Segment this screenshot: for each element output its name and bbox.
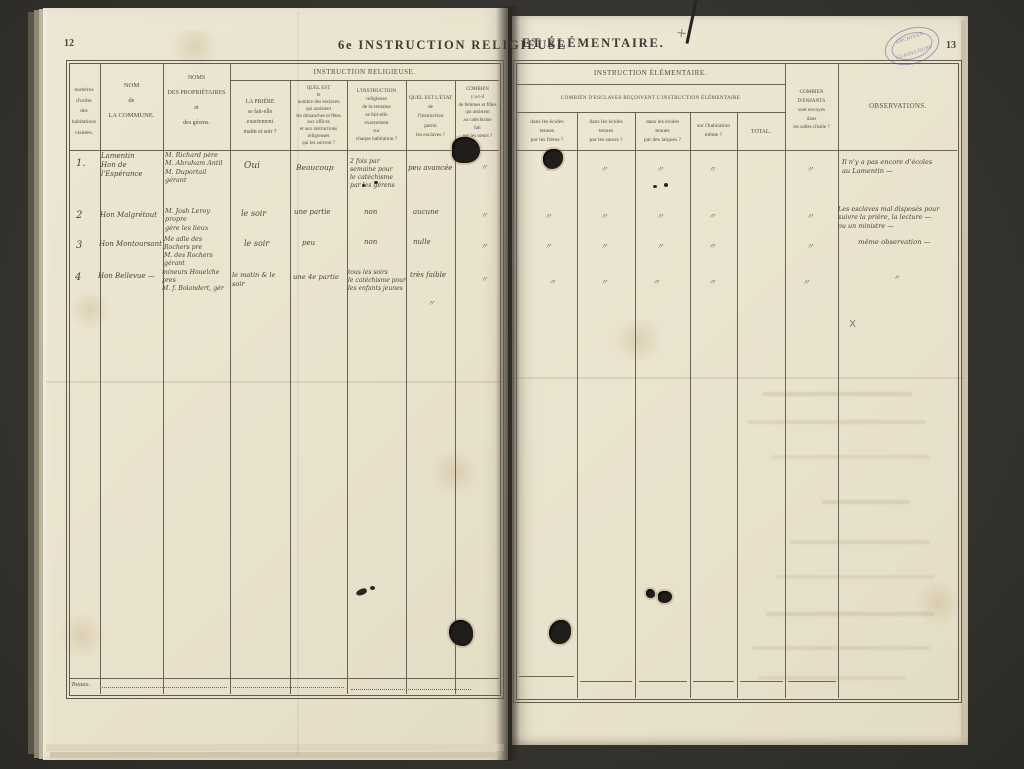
asile-cell: 〃	[802, 277, 810, 288]
right-header-enfants: COMBIEN D'ENFANTS sont envoyés dans les …	[786, 88, 837, 132]
priere-cell: le soir	[241, 209, 266, 219]
right-header-group: INSTRUCTION ÉLÉMENTAIRE.	[516, 68, 785, 78]
ink-smudge	[370, 586, 375, 590]
instruction-cell: non	[364, 238, 377, 247]
right-col-line	[690, 112, 691, 698]
right-header-habitation: sur l'habitation même ?	[691, 122, 736, 140]
totals-rule	[639, 681, 687, 682]
proprietaires-cell: Me adle des Rochers pre M. des Rochers g…	[164, 236, 229, 268]
right-col-line	[577, 112, 578, 698]
left-header-commune: NOM de LA COMMUNE.	[101, 82, 162, 120]
nombre-cell: peu	[302, 239, 315, 248]
soeurs-cell: 〃	[600, 164, 608, 175]
proprietaires-cell: M. Richard père M. Abraham Antil M. Dupo…	[165, 151, 228, 184]
bleed-through-line	[762, 392, 912, 396]
left-header-noms: NOMS DES PROPRIÉTAIRES et des gérens.	[164, 75, 229, 128]
totals-leader	[351, 688, 471, 690]
ink-spot	[664, 183, 668, 187]
row-number: 2	[76, 209, 82, 222]
habitation-cell: 〃	[708, 241, 716, 252]
left-col-line	[455, 80, 456, 694]
freres-cell: 〃	[548, 277, 556, 288]
left-header-num: numéros d'ordre des habitations visitées…	[68, 85, 100, 138]
page-number-left: 12	[64, 38, 74, 49]
commune-cell: Hon Bellevue —	[98, 272, 162, 281]
soeurs-cell: 〃	[600, 277, 608, 288]
commune-cell: Hon Montoursant	[99, 240, 163, 249]
observations-cell: 〃	[893, 274, 900, 283]
priere-cell: Oui	[244, 161, 260, 173]
bleed-through-line	[766, 612, 934, 616]
right-header-subgroup: COMBIEN D'ESCLAVES REÇOIVENT L'INSTRUCTI…	[516, 95, 785, 103]
bleed-through-line	[758, 676, 906, 680]
page-under-edge	[46, 744, 504, 751]
left-header-nombre: QUEL EST le nombre des esclaves qui assi…	[291, 85, 346, 147]
etat-cell: très faible	[410, 271, 446, 280]
right-subgroup-underline	[516, 112, 785, 113]
asile-cell: 〃	[806, 164, 814, 175]
totals-rule	[788, 681, 836, 682]
scanned-ledger-spread: { "meta": { "title_left": "6e INSTRUCTIO…	[0, 0, 1024, 769]
proprietaires-cell: M. Josh Leroy propre gère les lieux	[165, 207, 228, 232]
nombre-cell: une 4e partie	[293, 273, 339, 282]
left-col-line	[347, 80, 348, 694]
nombre-cell: une partie	[294, 208, 331, 217]
bleed-through-line	[790, 540, 930, 544]
commune-cell: Lamentin Hon de l'Espérance	[101, 152, 161, 179]
left-col-line	[163, 63, 164, 694]
ink-spot	[362, 184, 365, 187]
bleed-through-line	[772, 455, 930, 459]
femmes-cell: 〃	[480, 241, 488, 252]
left-col-line	[290, 80, 291, 694]
right-col-line	[785, 63, 786, 698]
habitation-cell: 〃	[708, 211, 716, 222]
left-header-group: INSTRUCTION RELIGIEUSE.	[230, 67, 499, 77]
freres-cell: 〃	[544, 241, 552, 252]
laiques-cell: 〃	[652, 277, 660, 288]
right-header-soeurs: dans les écoles tenues par les sœurs ?	[578, 118, 634, 145]
left-header-bottom	[69, 150, 499, 151]
femmes-cell: 〃	[480, 162, 488, 173]
spread-title-right: ET ÉLÉMENTAIRE.	[522, 36, 665, 51]
right-group-underline	[516, 84, 785, 85]
ink-spot	[653, 185, 657, 188]
left-header-etat: QUEL EST L'ÉTAT de l'instruction parmi l…	[407, 94, 454, 140]
right-header-total: TOTAL.	[738, 128, 784, 136]
soeurs-cell: 〃	[600, 241, 608, 252]
soeurs-cell: 〃	[600, 211, 608, 222]
right-header-laiques: dans les écoles tenues par des laïques ?	[636, 118, 689, 145]
etat-ditto: 〃	[427, 298, 435, 309]
habitation-cell: 〃	[708, 277, 716, 288]
femmes-cell: 〃	[480, 210, 488, 221]
bleed-through-line	[822, 500, 910, 504]
row-number: 4	[75, 271, 81, 284]
laiques-cell: 〃	[656, 241, 664, 252]
asile-cell: 〃	[806, 211, 814, 222]
right-col-line	[838, 63, 839, 698]
freres-cell: 〃	[544, 211, 552, 222]
instruction-cell: tous les soirs le catéchisme pour les en…	[348, 269, 406, 292]
instruction-cell: 2 fois par semaine pour le catéchisme pa…	[350, 158, 404, 190]
totals-rule	[693, 681, 734, 682]
row-number: 3	[76, 239, 82, 252]
paper-hole	[452, 137, 480, 163]
proprietaires-cell: mineurs Houelche pres M. f. Bolandert, g…	[162, 269, 229, 293]
right-header-freres: dans les écoles tenues par les frères ?	[518, 118, 576, 145]
totals-rule	[519, 676, 574, 677]
instruction-cell: non	[364, 208, 377, 217]
habitation-cell: 〃	[708, 164, 716, 175]
paper-stain	[165, 30, 225, 64]
etat-cell: nulle	[413, 238, 431, 247]
asile-cell: 〃	[806, 241, 814, 252]
bleed-through-line	[776, 575, 934, 579]
left-col-line	[406, 80, 407, 694]
left-header-priere: LA PRIÈRE se fait-elle exactement matin …	[231, 98, 289, 137]
totals-leader	[233, 686, 344, 688]
paper-hole	[549, 620, 571, 644]
priere-cell: le soir	[244, 239, 269, 249]
totals-leader	[100, 686, 227, 688]
right-header-bottom	[516, 150, 957, 151]
laiques-cell: 〃	[656, 164, 664, 175]
observations-cell: Il n'y a pas encore d'écoles au Lamentin…	[842, 158, 956, 175]
nombre-cell: Beaucoup	[296, 163, 334, 173]
observations-cell: Les esclaves mal disposés pour suivre la…	[838, 205, 958, 230]
page-number-right: 13	[946, 40, 956, 51]
left-header-instruction: L'INSTRUCTION religieuse de la semaine s…	[348, 88, 405, 144]
left-header-femmes: COMBIEN y a-t-il de femmes et filles qui…	[456, 86, 499, 140]
bleed-through-line	[752, 646, 930, 650]
ink-spot	[374, 181, 378, 184]
totals-rule	[740, 681, 783, 682]
etat-cell: aucune	[413, 208, 439, 217]
page-under-edge	[50, 752, 502, 758]
totals-label: Totaux.	[71, 680, 101, 689]
right-col-line	[635, 112, 636, 698]
totals-rule	[580, 681, 632, 682]
right-header-observations: OBSERVATIONS.	[839, 102, 957, 112]
left-group-underline	[230, 80, 499, 81]
paper-hole	[646, 589, 655, 598]
femmes-cell: 〃	[480, 274, 488, 285]
pencil-x-mark: x	[849, 316, 856, 330]
laiques-cell: 〃	[656, 211, 664, 222]
left-col-line	[230, 63, 231, 694]
row-number: 1.	[76, 157, 86, 170]
left-totals-topline	[69, 678, 499, 679]
bleed-through-line	[748, 420, 926, 424]
observations-cell: même observation —	[858, 238, 931, 247]
paper-hole	[449, 620, 473, 646]
etat-cell: peu avancée	[408, 164, 452, 173]
commune-cell: Hon Malgrétout	[100, 211, 162, 220]
right-col-line	[737, 112, 738, 698]
priere-cell: le matin & le soir	[232, 271, 289, 288]
